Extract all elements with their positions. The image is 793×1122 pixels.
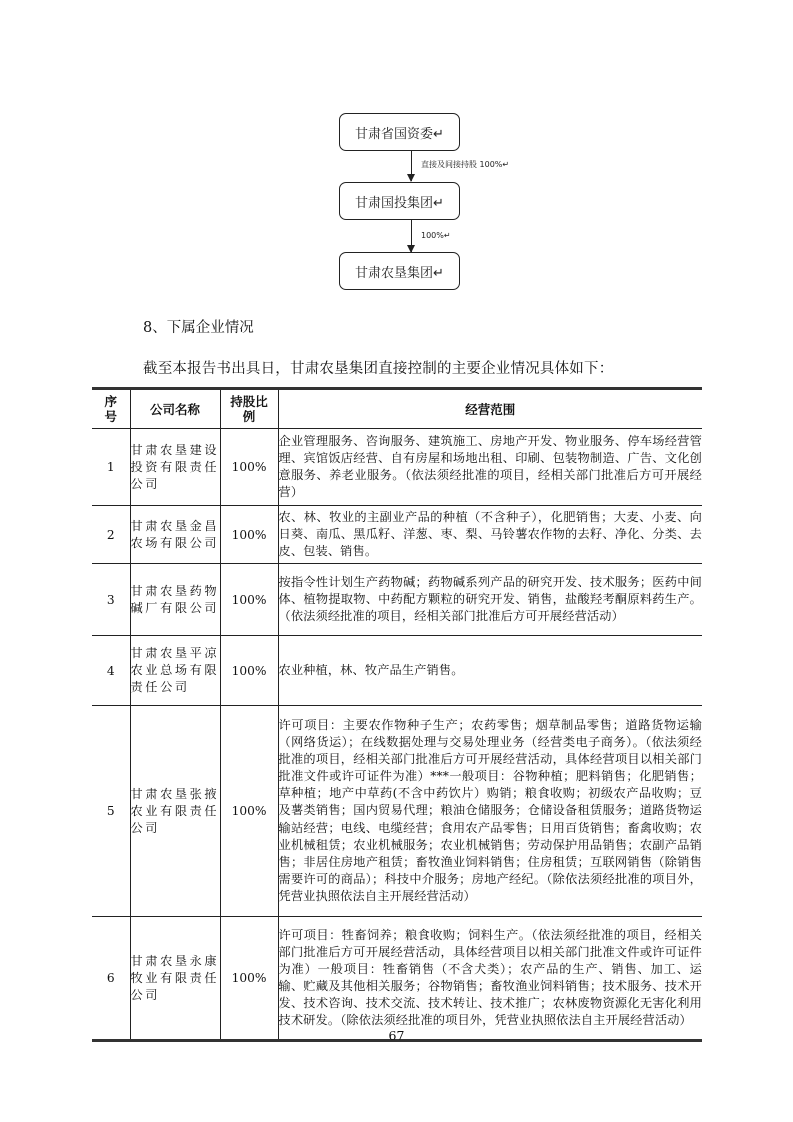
cell-company: 甘肃农垦建设投资有限责任公司 xyxy=(130,429,220,506)
cell-company: 甘肃农垦金昌农场有限公司 xyxy=(130,506,220,564)
header-index: 序号 xyxy=(92,389,130,429)
org-node-label: 甘肃省国资委↵ xyxy=(355,123,444,142)
cell-scope: 许可项目：主要农作物种子生产；农药零售；烟草制品零售；道路货物运输（网络货运）；… xyxy=(278,706,702,917)
cell-index: 6 xyxy=(92,917,130,1041)
cell-scope: 农业种植，林、牧产品生产销售。 xyxy=(278,636,702,706)
cell-share: 100% xyxy=(220,429,278,506)
section-heading: 8、下属企业情况 xyxy=(143,316,254,337)
table-row: 3 甘肃农垦药物碱厂有限公司 100% 按指令性计划生产药物碱；药物碱系列产品的… xyxy=(92,564,702,636)
cell-company: 甘肃农垦张掖农业有限责任公司 xyxy=(130,706,220,917)
org-node-gansu-sasac: 甘肃省国资委↵ xyxy=(339,113,460,151)
cell-scope: 按指令性计划生产药物碱；药物碱系列产品的研究开发、技术服务；医药中间体、植物提取… xyxy=(278,564,702,636)
cell-company: 甘肃农垦药物碱厂有限公司 xyxy=(130,564,220,636)
cell-share: 100% xyxy=(220,506,278,564)
cell-index: 2 xyxy=(92,506,130,564)
cell-share: 100% xyxy=(220,564,278,636)
cell-share: 100% xyxy=(220,917,278,1041)
header-scope: 经营范围 xyxy=(278,389,702,429)
cell-share: 100% xyxy=(220,706,278,917)
org-node-gansu-nongken-group: 甘肃农垦集团↵ xyxy=(339,252,460,290)
edge-label: 100%↵ xyxy=(421,231,451,240)
org-node-gansu-investment-group: 甘肃国投集团↵ xyxy=(339,182,460,220)
section-intro: 截至本报告书出具日，甘肃农垦集团直接控制的主要企业情况具体如下： xyxy=(143,357,613,378)
header-company: 公司名称 xyxy=(130,389,220,429)
cell-index: 4 xyxy=(92,636,130,706)
cell-index: 5 xyxy=(92,706,130,917)
cell-scope: 许可项目：牲畜饲养；粮食收购；饲料生产。（依法须经批准的项目，经相关部门批准后方… xyxy=(278,917,702,1041)
cell-company: 甘肃农垦永康牧业有限责任公司 xyxy=(130,917,220,1041)
cell-index: 1 xyxy=(92,429,130,506)
cell-company: 甘肃农垦平凉农业总场有限责任公司 xyxy=(130,636,220,706)
arrow-down-icon xyxy=(411,151,412,181)
header-share: 持股比例 xyxy=(220,389,278,429)
org-node-label: 甘肃农垦集团↵ xyxy=(355,262,444,281)
table-row: 5 甘肃农垦张掖农业有限责任公司 100% 许可项目：主要农作物种子生产；农药零… xyxy=(92,706,702,917)
table-row: 2 甘肃农垦金昌农场有限公司 100% 农、林、牧业的主副业产品的种植（不含种子… xyxy=(92,506,702,564)
page-number: 67 xyxy=(0,1028,793,1043)
cell-share: 100% xyxy=(220,636,278,706)
cell-scope: 农、林、牧业的主副业产品的种植（不含种子），化肥销售；大麦、小麦、向日葵、南瓜、… xyxy=(278,506,702,564)
org-node-label: 甘肃国投集团↵ xyxy=(355,192,444,211)
arrow-down-icon xyxy=(411,220,412,252)
table-row: 6 甘肃农垦永康牧业有限责任公司 100% 许可项目：牲畜饲养；粮食收购；饲料生… xyxy=(92,917,702,1041)
table-row: 1 甘肃农垦建设投资有限责任公司 100% 企业管理服务、咨询服务、建筑施工、房… xyxy=(92,429,702,506)
subsidiaries-table: 序号 公司名称 持股比例 经营范围 1 甘肃农垦建设投资有限责任公司 100% … xyxy=(92,387,702,1042)
table-row: 4 甘肃农垦平凉农业总场有限责任公司 100% 农业种植，林、牧产品生产销售。 xyxy=(92,636,702,706)
cell-index: 3 xyxy=(92,564,130,636)
table-header-row: 序号 公司名称 持股比例 经营范围 xyxy=(92,389,702,429)
cell-scope: 企业管理服务、咨询服务、建筑施工、房地产开发、物业服务、停车场经营管理、宾馆饭店… xyxy=(278,429,702,506)
edge-label: 直接及间接持股 100%↵ xyxy=(421,159,509,170)
